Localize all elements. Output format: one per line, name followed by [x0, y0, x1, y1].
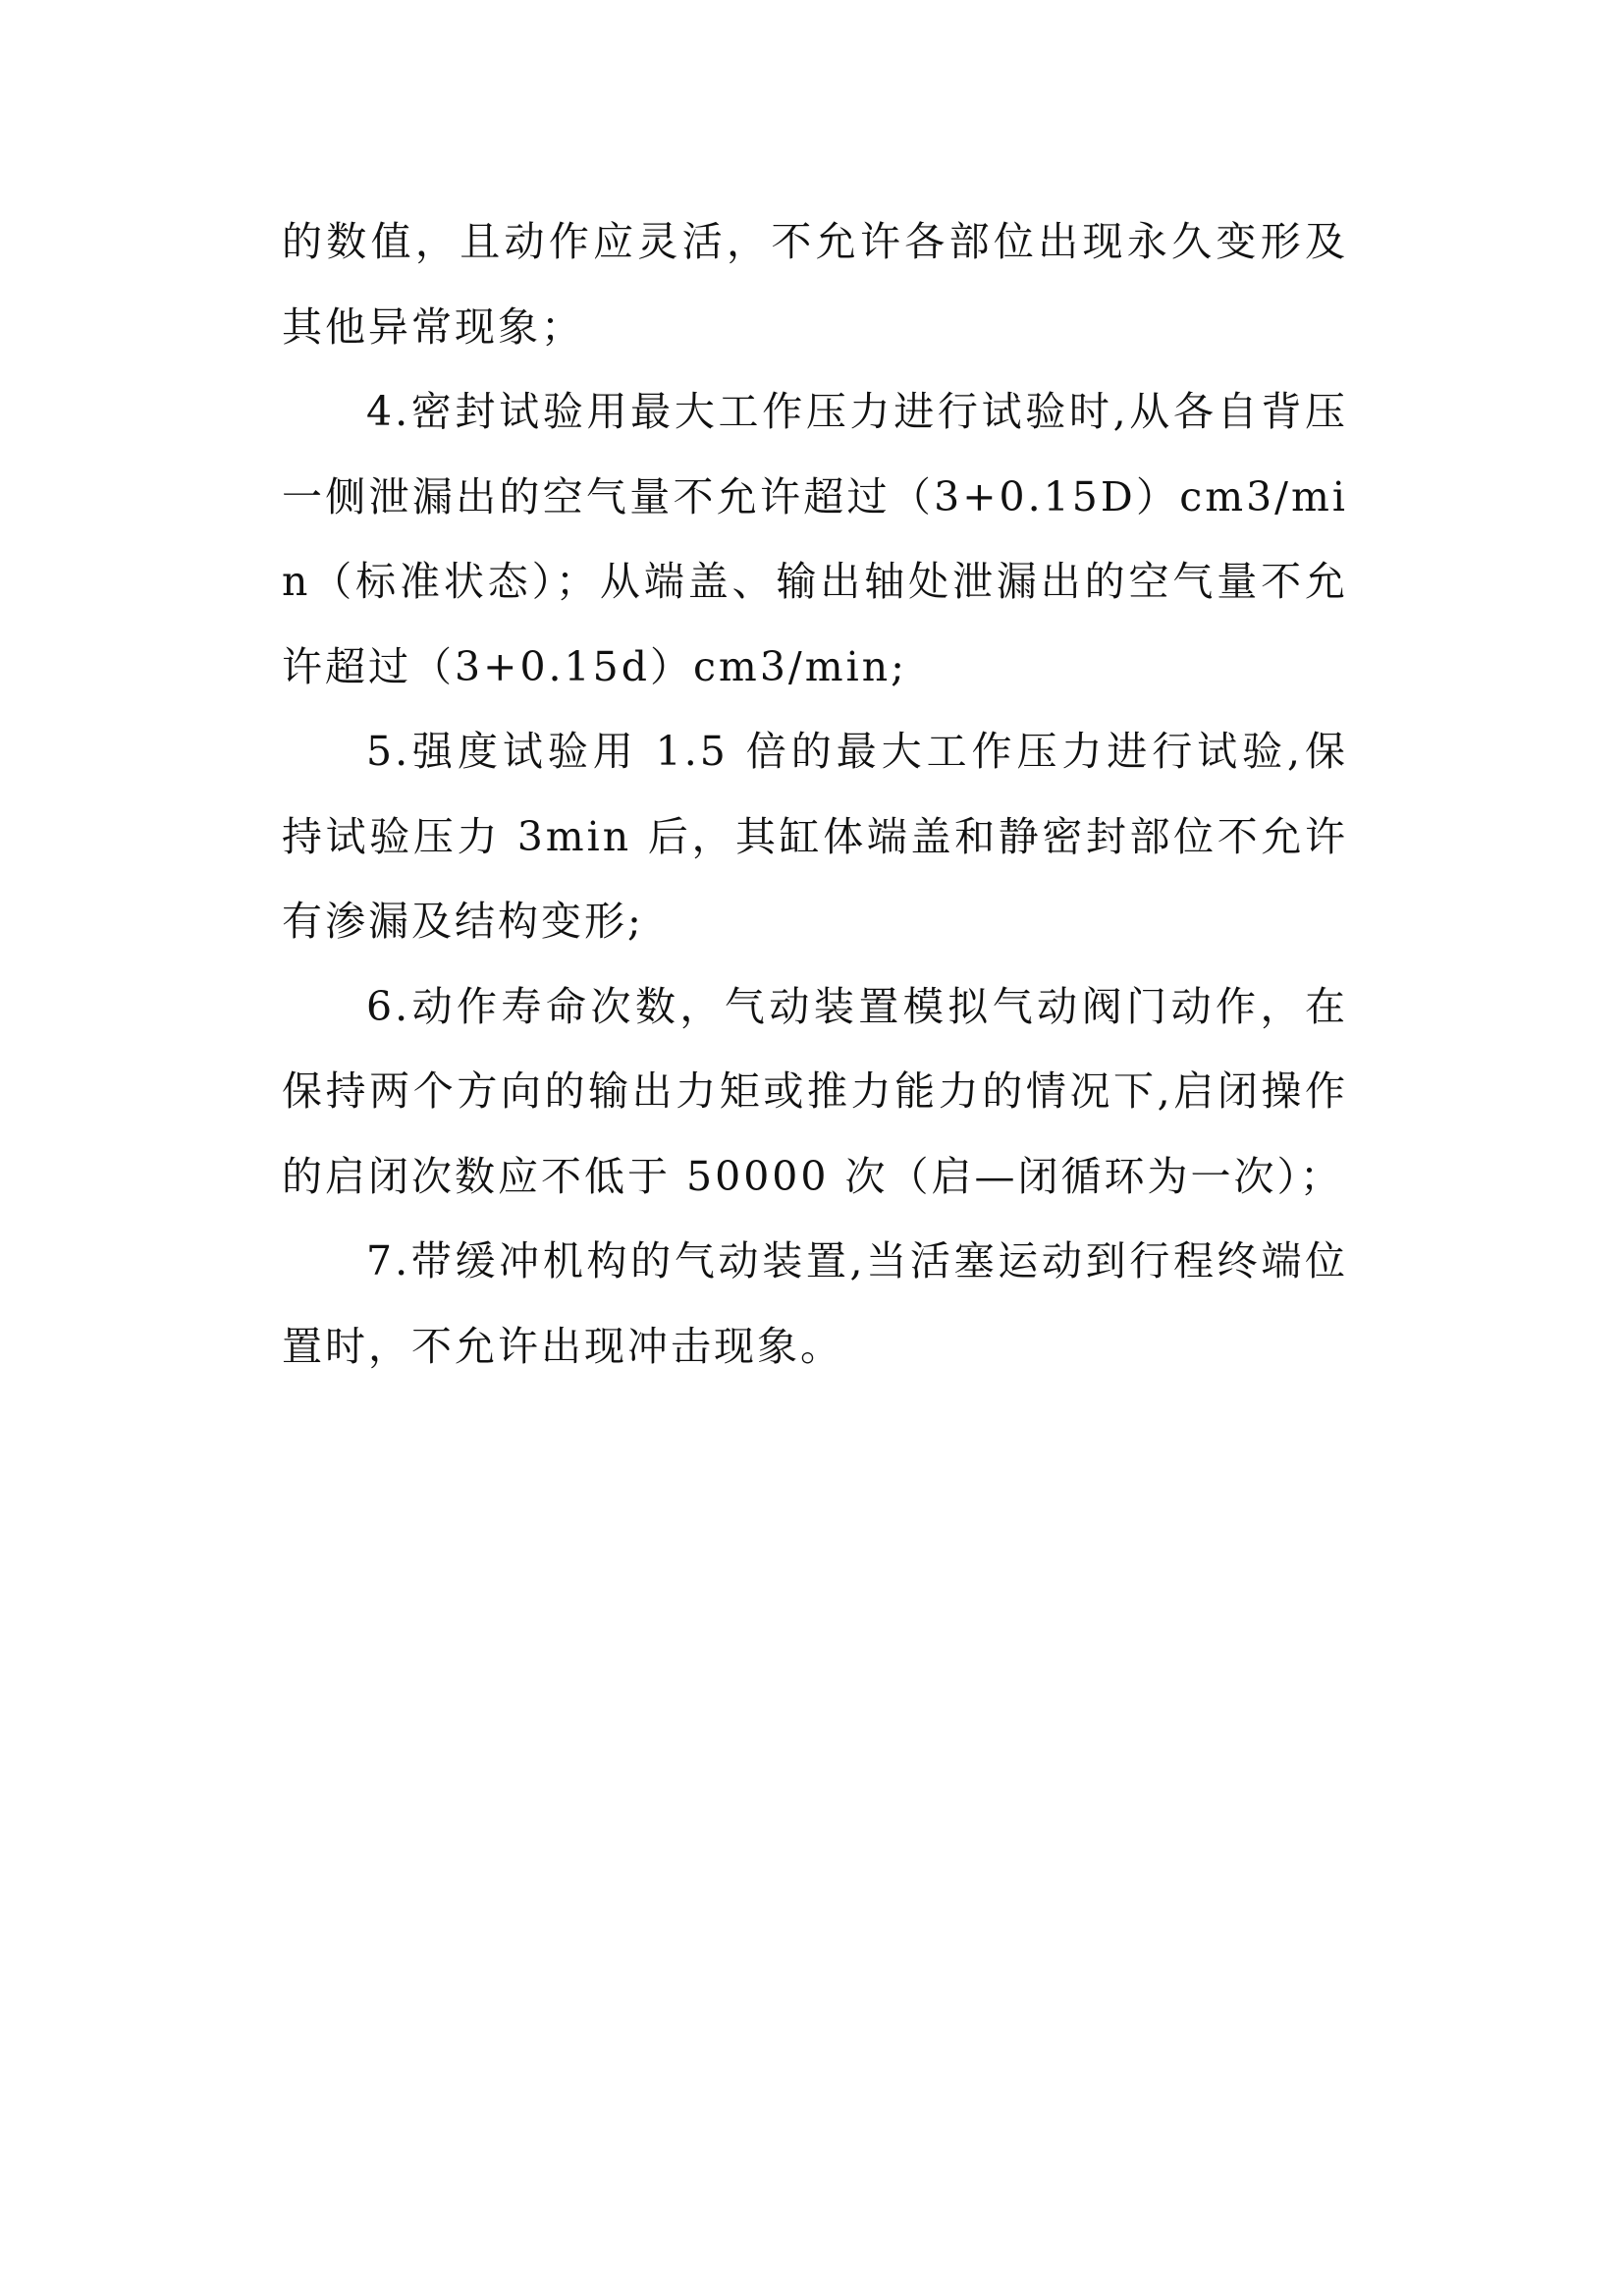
paragraph-continuation: 的数值，且动作应灵活，不允许各部位出现永久变形及其他异常现象；: [282, 199, 1348, 369]
paragraph-item-5: 5.强度试验用 1.5 倍的最大工作压力进行试验,保持试验压力 3min 后，其…: [282, 709, 1348, 964]
paragraph-item-7: 7.带缓冲机构的气动装置,当活塞运动到行程终端位置时，不允许出现冲击现象。: [282, 1219, 1348, 1389]
paragraph-item-4: 4.密封试验用最大工作压力进行试验时,从各自背压一侧泄漏出的空气量不允许超过（3…: [282, 369, 1348, 709]
paragraph-item-6: 6.动作寿命次数，气动装置模拟气动阀门动作，在保持两个方向的输出力矩或推力能力的…: [282, 964, 1348, 1220]
document-page: 的数值，且动作应灵活，不允许各部位出现永久变形及其他异常现象； 4.密封试验用最…: [282, 199, 1348, 1389]
